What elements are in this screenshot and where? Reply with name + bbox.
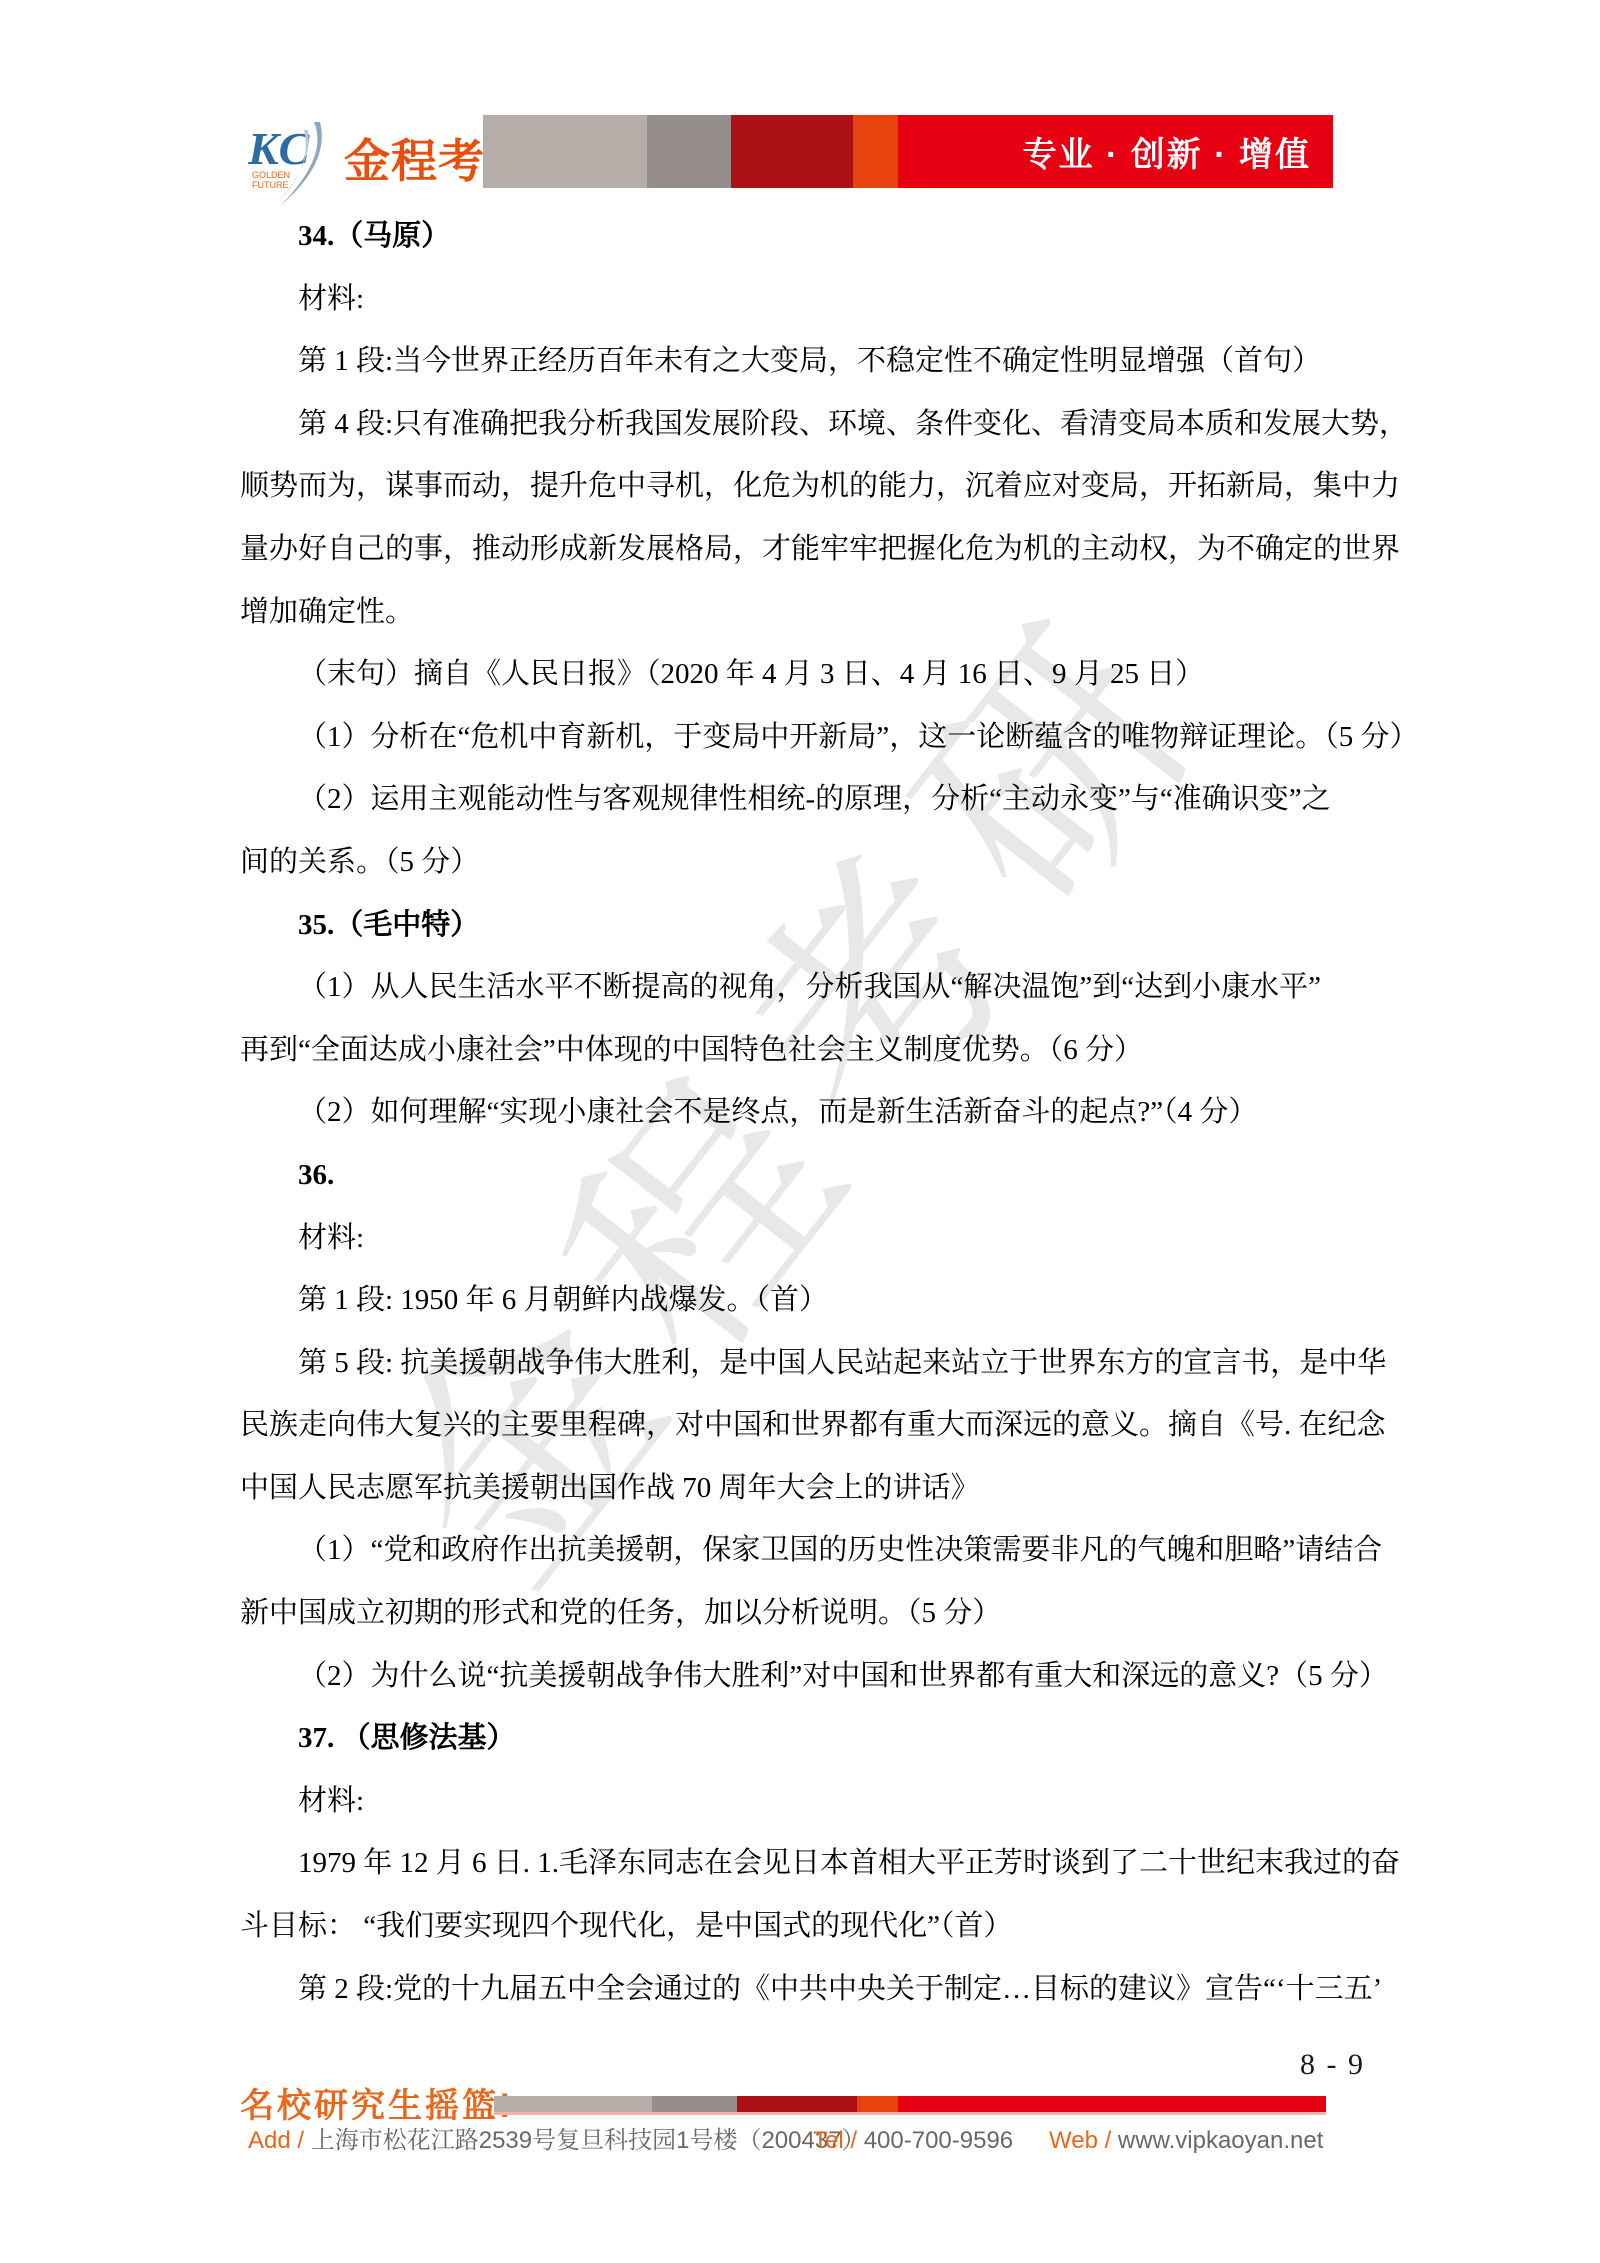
body-line: 量办好自己的事，推动形成新发展格局，才能牢牢把握化危为机的主动权，为不确定的世界 bbox=[240, 518, 1400, 581]
web-label: Web / bbox=[1049, 2127, 1111, 2154]
body-line: （1）“党和政府作出抗美援朝，保家卫国的历史性决策需要非凡的气魄和胆略”请结合 bbox=[240, 1519, 1400, 1582]
body-line: （2）如何理解“实现小康社会不是终点，而是新生活新奋斗的起点?”（4 分） bbox=[240, 1081, 1400, 1144]
body-line: 间的关系。（5 分） bbox=[240, 831, 1400, 894]
address-value: 上海市松花江路2539号复旦科技园1号楼（200437） bbox=[311, 2127, 866, 2154]
footer-bar-segment-orange bbox=[857, 2096, 898, 2112]
body-line: 民族走向伟大复兴的主要里程碑，对中国和世界都有重大而深远的意义。摘自《号. 在纪… bbox=[240, 1394, 1400, 1457]
web-value: www.vipkaoyan.net bbox=[1118, 2127, 1323, 2154]
footer-website: Web / www.vipkaoyan.net bbox=[1049, 2124, 1323, 2158]
footer-bar-segment-lightgray bbox=[494, 2096, 652, 2112]
svg-text:FUTURE: FUTURE bbox=[252, 180, 289, 190]
header-bar-segment-orange bbox=[853, 115, 898, 188]
body-line: 第 1 段:当今世界正经历百年未有之大变局，不稳定性不确定性明显增强（首句） bbox=[240, 330, 1400, 393]
footer-address: Add / 上海市松花江路2539号复旦科技园1号楼（200437） bbox=[248, 2124, 866, 2158]
body-line: （1）从人民生活水平不断提高的视角，分析我国从“解决温饱”到“达到小康水平” bbox=[240, 956, 1400, 1019]
tel-value: 400-700-9596 bbox=[864, 2127, 1013, 2154]
body-line: 材料: bbox=[240, 268, 1400, 331]
body-line: 34.（马原） bbox=[240, 205, 1400, 268]
header-bar-segment-lightgray bbox=[483, 115, 647, 188]
footer-bar-shadow bbox=[494, 2112, 1326, 2115]
body-line: 37. （思修法基） bbox=[240, 1707, 1400, 1770]
body-line: 36. bbox=[240, 1144, 1400, 1207]
body-line: 增加确定性。 bbox=[240, 581, 1400, 644]
page-number: 8 - 9 bbox=[1300, 2048, 1365, 2082]
logo-subtext: GOLDEN bbox=[252, 170, 290, 180]
address-label: Add / bbox=[248, 2127, 304, 2154]
body-line: 新中国成立初期的形式和党的任务，加以分析说明。（5 分） bbox=[240, 1582, 1400, 1645]
body-line: 第 4 段:只有准确把我分析我国发展阶段、环境、条件变化、看清变局本质和发展大势… bbox=[240, 393, 1400, 456]
body-line: 材料: bbox=[240, 1207, 1400, 1270]
footer-tagline: 名校研究生摇篮! bbox=[240, 2078, 513, 2127]
footer-contact: Add / 上海市松花江路2539号复旦科技园1号楼（200437） Tel /… bbox=[0, 2124, 1600, 2158]
tel-label: Tel / bbox=[813, 2127, 857, 2154]
header-bar-segment-darkred bbox=[731, 115, 853, 188]
body-text: 34.（马原）材料:第 1 段:当今世界正经历百年未有之大变局，不稳定性不确定性… bbox=[240, 205, 1400, 2020]
body-line: 第 5 段: 抗美援朝战争伟大胜利，是中国人民站起来站立于世界东方的宣言书，是中… bbox=[240, 1332, 1400, 1395]
svg-text:KC: KC bbox=[248, 123, 311, 174]
footer-bar-segment-gray bbox=[652, 2096, 737, 2112]
body-line: 再到“全面达成小康社会”中体现的中国特色社会主义制度优势。（6 分） bbox=[240, 1019, 1400, 1082]
header-bar-segment-gray bbox=[647, 115, 731, 188]
body-line: 顺势而为，谋事而动，提升危中寻机，化危为机的能力，沉着应对变局，开拓新局，集中力 bbox=[240, 455, 1400, 518]
header-slogan: 专业 · 创新 · 增值 bbox=[1023, 127, 1311, 176]
body-line: （2）运用主观能动性与客观规律性相统-的原理，分析“主动永变”与“准确识变”之 bbox=[240, 768, 1400, 831]
body-line: 材料: bbox=[240, 1770, 1400, 1833]
body-line: （末句）摘自《人民日报》（2020 年 4 月 3 日、4 月 16 日、9 月… bbox=[240, 643, 1400, 706]
footer-telephone: Tel / 400-700-9596 bbox=[813, 2124, 1013, 2158]
footer-bar-segment-red bbox=[898, 2096, 1326, 2112]
body-line: （1）分析在“危机中育新机，于变局中开新局”，这一论断蕴含的唯物辩证理论。（5 … bbox=[240, 706, 1400, 769]
body-line: 1979 年 12 月 6 日. 1.毛泽东同志在会见日本首相大平正芳时谈到了二… bbox=[240, 1832, 1400, 1895]
body-line: 第 1 段: 1950 年 6 月朝鲜内战爆发。（首） bbox=[240, 1269, 1400, 1332]
body-line: 第 2 段:党的十九届五中全会通过的《中共中央关于制定…目标的建议》宣告“‘十三… bbox=[240, 1958, 1400, 2021]
body-line: 中国人民志愿军抗美援朝出国作战 70 周年大会上的讲话》 bbox=[240, 1457, 1400, 1520]
footer-bar-segment-darkred bbox=[737, 2096, 857, 2112]
kcy-logo-icon: KC GOLDEN FUTURE bbox=[248, 116, 340, 212]
body-line: 斗目标： “我们要实现四个现代化，是中国式的现代化”（首） bbox=[240, 1895, 1400, 1958]
body-line: 35.（毛中特） bbox=[240, 894, 1400, 957]
header-banner: 专业 · 创新 · 增值 bbox=[898, 115, 1333, 188]
document-page: KC GOLDEN FUTURE 金程考研 专业 · 创新 · 增值 金程考研 … bbox=[0, 0, 1600, 2263]
body-line: （2）为什么说“抗美援朝战争伟大胜利”对中国和世界都有重大和深远的意义?（5 分… bbox=[240, 1645, 1400, 1708]
